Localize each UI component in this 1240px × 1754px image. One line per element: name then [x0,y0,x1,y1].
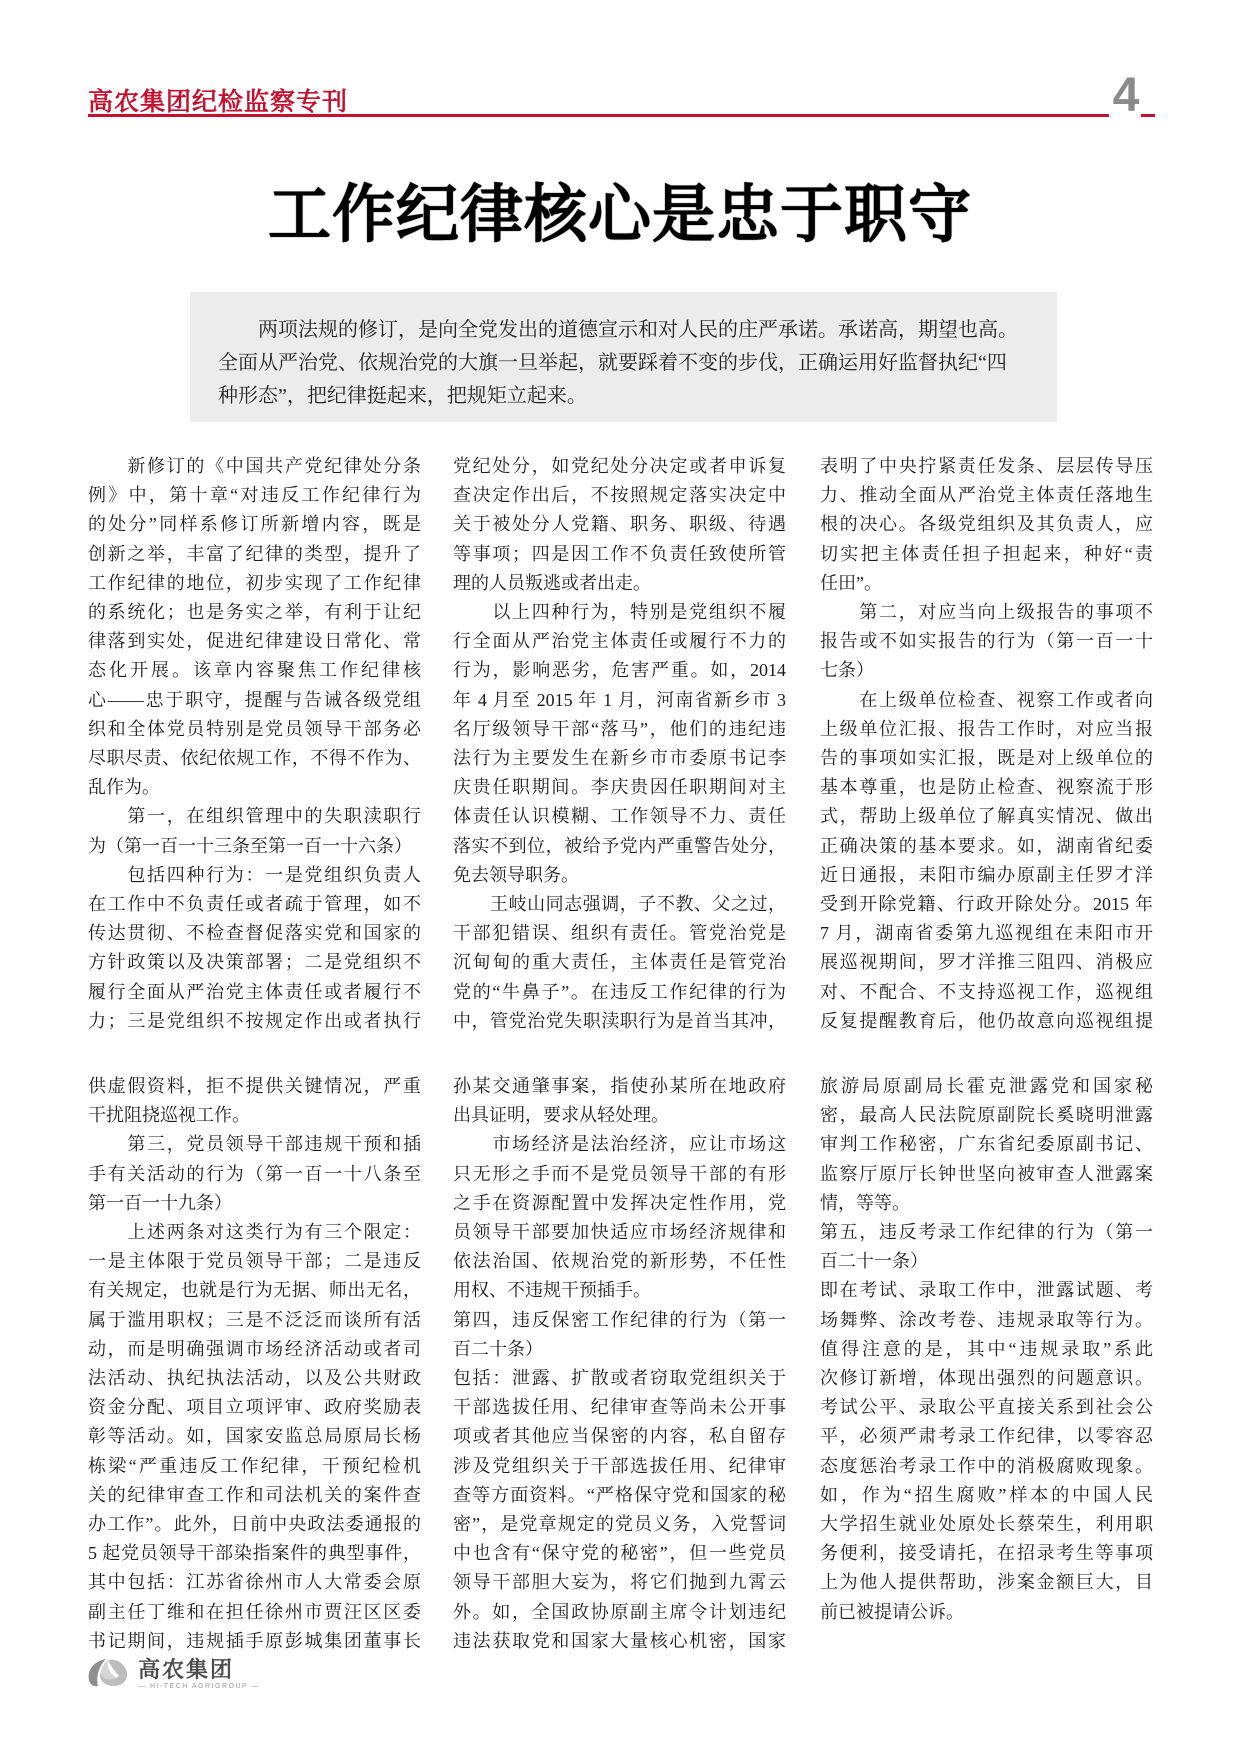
text-line: 展巡视期间，罗才洋推三阻四、消极应 [820,948,1153,977]
text-line: 正确决策的基本要求。如，湖南省纪委 [820,832,1153,861]
text-line: 上级单位汇报、报告工作时，对应当报 [820,715,1153,744]
article-column-lower-1: 供虚假资料，拒不提供关键情况，严重干扰阻挠巡视工作。 第三，党员领导干部违规干预… [88,1072,421,1656]
text-line: 旅游局原副局长霍克泄露党和国家秘 [820,1072,1153,1101]
text-line: 中也含有“保守党的秘密”，但一些党员 [453,1539,786,1568]
text-line: 以上四种行为，特别是党组织不履 [453,598,786,627]
text-line: 大学招生就业处原处长蔡荣生，利用职 [820,1510,1153,1539]
text-line: 一是主体限于党员领导干部；二是违反 [88,1247,421,1276]
text-line: 力；三是党组织不按规定作出或者执行 [88,1007,421,1036]
text-line: 的系统化；也是务实之举，有利于让纪 [88,598,421,627]
text-line: 即在考试、录取工作中，泄露试题、考 [820,1276,1153,1305]
text-line: 第一百一十九条） [88,1189,421,1218]
text-line: 对、不配合、不支持巡视工作，巡视组 [820,978,1153,1007]
text-line: 落实不到位，被给予党内严重警告处分， [453,832,786,861]
article-column-upper-1: 新修订的《中国共产党纪律处分条例》中，第十章“对违反工作纪律行为的处分”同样系修… [88,452,421,1036]
text-line: 法活动、执纪执法活动，以及公共财政 [88,1364,421,1393]
text-line: 查等方面资料。“严格保守党和国家的秘 [453,1481,786,1510]
page-number: 4 [1106,72,1146,120]
text-line: 书记期间，违规插手原彭城集团董事长 [88,1627,421,1656]
text-line: 涉及党组织关于干部选拔任用、纪律审 [453,1452,786,1481]
text-line: 切实把主体责任担子担起来，种好“责 [820,540,1153,569]
header-rule [88,114,1109,117]
text-line: 之手在资源配置中发挥决定性作用，党 [453,1189,786,1218]
text-line: 乱作为。 [88,773,421,802]
text-line: 新修订的《中国共产党纪律处分条 [88,452,421,481]
article-column-upper-2: 党纪处分，如党纪处分决定或者申诉复查决定作出后，不按照规定落实决定中关于被处分人… [453,452,786,1036]
text-line: 报告或不如实报告的行为（第一百一十 [820,627,1153,656]
text-line: 为（第一百一十三条至第一百一十六条） [88,832,421,861]
text-line: 用权、不违规干预插手。 [453,1276,786,1305]
text-line: 5 起党员领导干部染指案件的典型事件， [88,1539,421,1568]
text-line: 上述两条对这类行为有三个限定： [88,1218,421,1247]
text-line: 在工作中不负责任或者疏于管理，如不 [88,890,421,919]
text-line: 理的人员叛逃或者出走。 [453,569,786,598]
text-line: 7 月，湖南省委第九巡视组在耒阳市开 [820,919,1153,948]
text-line: 体责任认识模糊、工作领导不力、责任 [453,802,786,831]
text-line: 栋梁“严重违反工作纪律，干预纪检机 [88,1452,421,1481]
article-column-lower-3: 旅游局原副局长霍克泄露党和国家秘密，最高人民法院原副院长奚晓明泄露审判工作秘密，… [820,1072,1153,1627]
text-line: 监察厅原厅长钟世坚向被审查人泄露案 [820,1160,1153,1189]
text-line: 审判工作秘密，广东省纪委原副书记、 [820,1130,1153,1159]
text-line: 任田”。 [820,569,1153,598]
footer-logo: 高农集团 — HI-TECH AGRIGROUP — [86,1656,260,1690]
header-rule-dash [1141,114,1155,117]
text-line: 值得注意的是，其中“违规录取”系此 [820,1335,1153,1364]
text-line: 第四，违反保密工作纪律的行为（第一 [453,1306,786,1335]
text-line: 传达贯彻、不检查督促落实党和国家的 [88,919,421,948]
text-line: 只无形之手而不是党员领导干部的有形 [453,1160,786,1189]
text-line: 情，等等。 [820,1189,1153,1218]
text-line: 受到开除党籍、行政开除处分。2015 年 [820,890,1153,919]
text-line: 资金分配、项目立项评审、政府奖励表 [88,1393,421,1422]
text-line: 密”，是党章规定的党员义务，入党誓词 [453,1510,786,1539]
text-line: 年 4 月至 2015 年 1 月，河南省新乡市 3 [453,686,786,715]
text-line: 织和全体党员特别是党员领导干部务必 [88,715,421,744]
text-line: 基本尊重，也是防止检查、视察流于形 [820,773,1153,802]
text-line: 干部选拔任用、纪律审查等尚未公开事 [453,1393,786,1422]
text-line: 方针政策以及决策部署；二是党组织不 [88,948,421,977]
text-line: 孙某交通肇事案，指使孙某所在地政府 [453,1072,786,1101]
text-line: 七条） [820,656,1153,685]
text-line: 尽职尽责、依纪依规工作，不得不作为、 [88,744,421,773]
text-line: 关的纪律审查工作和司法机关的案件查 [88,1481,421,1510]
text-line: 行为，影响恶劣，危害严重。如，2014 [453,656,786,685]
text-line: 上为他人提供帮助，涉案金额巨大，目 [820,1568,1153,1597]
text-line: 次修订新增，体现出强烈的问题意识。 [820,1364,1153,1393]
text-line: 务便利，接受请托，在招录考生等事项 [820,1539,1153,1568]
text-line: 动，而是明确强调市场经济活动或者司 [88,1335,421,1364]
text-line: 党纪处分，如党纪处分决定或者申诉复 [453,452,786,481]
text-line: 近日通报，耒阳市编办原副主任罗才洋 [820,861,1153,890]
text-line: 第一，在组织管理中的失职渎职行 [88,802,421,831]
text-line: 创新之举，丰富了纪律的类型，提升了 [88,540,421,569]
text-line: 在上级单位检查、视察工作或者向 [820,686,1153,715]
article-headline: 工作纪律核心是忠于职守 [0,164,1240,255]
text-line: 沉甸甸的重大责任，主体责任是管党治 [453,948,786,977]
text-line: 外。如，全国政协原副主席令计划违纪 [453,1598,786,1627]
text-line: 违法获取党和国家大量核心机密，国家 [453,1627,786,1656]
intro-summary-box: 两项法规的修订，是向全党发出的道德宣示和对人民的庄严承诺。承诺高，期望也高。 全… [190,292,1057,422]
text-line: 百二十条） [453,1335,786,1364]
publication-title: 高农集团纪检监察专刊 [88,82,348,118]
intro-line: 全面从严治党、依规治党的大旗一旦举起，就要踩着不变的步伐，正确运用好监督执纪“四 [218,347,1029,380]
text-line: 等事项；四是因工作不负责任致使所管 [453,540,786,569]
text-line: 第五，违反考录工作纪律的行为（第一 [820,1218,1153,1247]
text-line: 态度惩治考录工作中的消极腐败现象。 [820,1452,1153,1481]
text-line: 第三，党员领导干部违规干预和插 [88,1130,421,1159]
text-line: 关于被处分人党籍、职务、职级、待遇 [453,510,786,539]
intro-line: 种形态”，把纪律挺起来，把规矩立起来。 [218,380,1029,413]
text-line: 式，帮助上级单位了解真实情况、做出 [820,802,1153,831]
text-line: 告的事项如实汇报，既是对上级单位的 [820,744,1153,773]
article-column-lower-2: 孙某交通肇事案，指使孙某所在地政府出具证明，要求从轻处理。 市场经济是法治经济，… [453,1072,786,1656]
text-line: 例》中，第十章“对违反工作纪律行为 [88,481,421,510]
leaf-logo-icon [86,1656,130,1690]
text-line: 办工作”。此外，日前中央政法委通报的 [88,1510,421,1539]
text-line: 力、推动全面从严治党主体责任落地生 [820,481,1153,510]
text-line: 其中包括：江苏省徐州市人大常委会原 [88,1568,421,1597]
text-line: 出具证明，要求从轻处理。 [453,1101,786,1130]
text-line: 名厅级领导干部“落马”，他们的违纪违 [453,715,786,744]
text-line: 态化开展。该章内容聚焦工作纪律核 [88,656,421,685]
text-line: 领导干部胆大妄为，将它们抛到九霄云 [453,1568,786,1597]
text-line: 庆贵任职期间。李庆贵因任职期间对主 [453,773,786,802]
text-line: 项或者其他应当保密的内容，私自留存 [453,1422,786,1451]
text-line: 的处分”同样系修订所新增内容，既是 [88,510,421,539]
text-line: 干部犯错误、组织有责任。管党治党是 [453,919,786,948]
text-line: 包括：泄露、扩散或者窃取党组织关于 [453,1364,786,1393]
text-line: 考试公平、录取公平直接关系到社会公 [820,1393,1153,1422]
text-line: 行全面从严治党主体责任或履行不力的 [453,627,786,656]
text-line: 员领导干部要加快适应市场经济规律和 [453,1218,786,1247]
text-line: 市场经济是法治经济，应让市场这 [453,1130,786,1159]
text-line: 中，管党治党失职渎职行为是首当其冲， [453,1007,786,1036]
text-line: 法行为主要发生在新乡市市委原书记李 [453,744,786,773]
text-line: 党的“牛鼻子”。在违反工作纪律的行为 [453,978,786,1007]
intro-line: 两项法规的修订，是向全党发出的道德宣示和对人民的庄严承诺。承诺高，期望也高。 [218,314,1029,347]
text-line: 工作纪律的地位，初步实现了工作纪律 [88,569,421,598]
text-line: 查决定作出后，不按照规定落实决定中 [453,481,786,510]
text-line: 密，最高人民法院原副院长奚晓明泄露 [820,1101,1153,1130]
text-line: 平，必须严肃考录工作纪律，以零容忍 [820,1422,1153,1451]
text-line: 干扰阻挠巡视工作。 [88,1101,421,1130]
text-line: 属于滥用职权；三是不泛泛而谈所有活 [88,1306,421,1335]
text-line: 王岐山同志强调，子不教、父之过， [453,890,786,919]
text-line: 百二十一条） [820,1247,1153,1276]
logo-company-name: 高农集团 [138,1658,260,1682]
text-line: 供虚假资料，拒不提供关键情况，严重 [88,1072,421,1101]
article-column-upper-3: 表明了中央拧紧责任发条、层层传导压力、推动全面从严治党主体责任落地生根的决心。各… [820,452,1153,1036]
text-line: 前已被提请公诉。 [820,1598,1153,1627]
text-line: 彰等活动。如，国家安监总局原局长杨 [88,1422,421,1451]
text-line: 反复提醒教育后，他仍故意向巡视组提 [820,1007,1153,1036]
text-line: 根的决心。各级党组织及其负责人，应 [820,510,1153,539]
text-line: 手有关活动的行为（第一百一十八条至 [88,1160,421,1189]
text-line: 免去领导职务。 [453,861,786,890]
text-line: 副主任丁维和在担任徐州市贾汪区区委 [88,1598,421,1627]
text-line: 表明了中央拧紧责任发条、层层传导压 [820,452,1153,481]
text-line: 包括四种行为：一是党组织负责人 [88,861,421,890]
text-line: 律落到实处，促进纪律建设日常化、常 [88,627,421,656]
text-line: 第二，对应当向上级报告的事项不 [820,598,1153,627]
logo-tagline: — HI-TECH AGRIGROUP — [138,1683,260,1690]
text-line: 有关规定，也就是行为无据、师出无名， [88,1276,421,1305]
text-line: 场舞弊、涂改考卷、违规录取等行为。 [820,1306,1153,1335]
text-line: 心——忠于职守，提醒与告诫各级党组 [88,686,421,715]
text-line: 依法治国、依规治党的新形势，不任性 [453,1247,786,1276]
newspaper-page: 高农集团纪检监察专刊 4 工作纪律核心是忠于职守 两项法规的修订，是向全党发出的… [0,0,1240,1754]
text-line: 履行全面从严治党主体责任或者履行不 [88,978,421,1007]
text-line: 如，作为“招生腐败”样本的中国人民 [820,1481,1153,1510]
